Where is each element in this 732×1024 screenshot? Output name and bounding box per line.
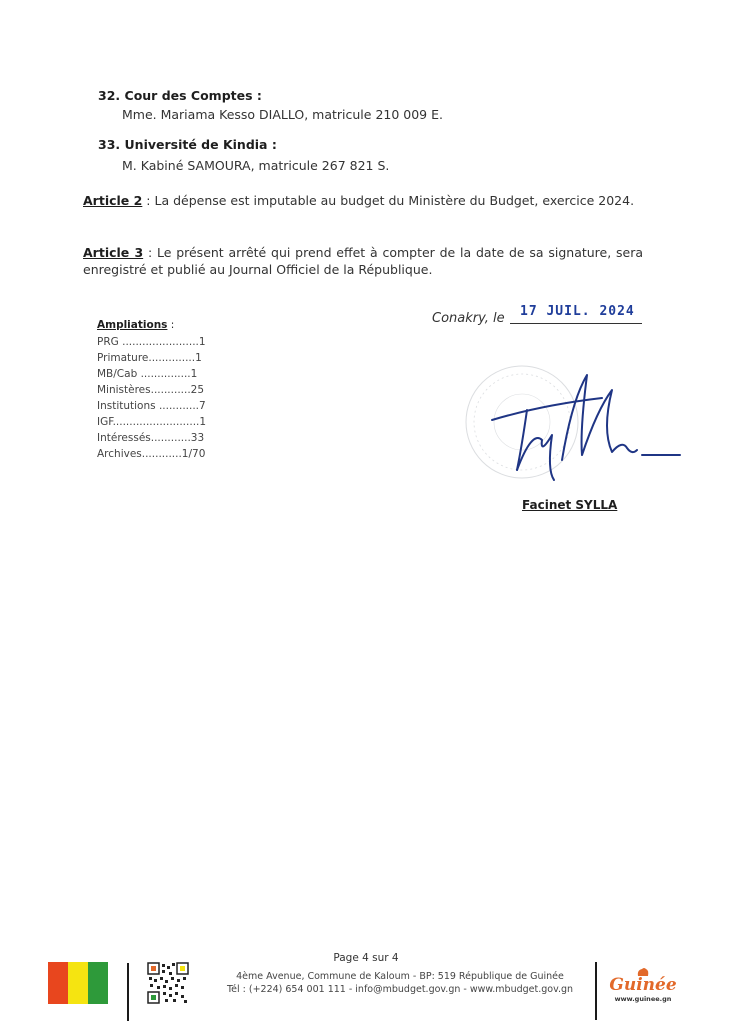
item-number: 33. bbox=[98, 137, 120, 152]
item-number: 32. bbox=[98, 88, 120, 103]
signature-icon bbox=[492, 375, 680, 480]
ampliation-entry: Primature..............1 bbox=[97, 350, 206, 366]
date-line: 17 JUIL. 2024 bbox=[510, 306, 642, 324]
date-stamp: 17 JUIL. 2024 bbox=[520, 304, 635, 319]
ampliations-label: Ampliations bbox=[97, 319, 167, 331]
article-label: Article 3 bbox=[83, 245, 143, 260]
item-heading: Cour des Comptes : bbox=[125, 88, 262, 103]
ampliations-title: Ampliations : bbox=[97, 313, 174, 332]
signature-seal-graphic bbox=[462, 360, 692, 490]
guinee-brand-logo: Guinée www.guinee.gn bbox=[608, 975, 678, 1003]
ampliation-entry: PRG .......................1 bbox=[97, 334, 206, 350]
ampliation-entry: Institutions ............7 bbox=[97, 398, 206, 414]
item-33-detail: M. Kabiné SAMOURA, matricule 267 821 S. bbox=[122, 158, 389, 173]
footer-divider-right bbox=[595, 962, 597, 1020]
official-seal-icon bbox=[466, 366, 578, 478]
item-33-heading: 33. Université de Kindia : bbox=[98, 137, 277, 152]
footer-address-line1: 4ème Avenue, Commune de Kaloum - BP: 519… bbox=[200, 970, 600, 983]
footer-contact-line: Tél : (+224) 654 001 111 - info@mbudget.… bbox=[200, 983, 600, 996]
brand-url: www.guinee.gn bbox=[608, 995, 678, 1003]
ampliation-entry: MB/Cab ...............1 bbox=[97, 366, 206, 382]
place-label: Conakry, le bbox=[432, 311, 505, 326]
page-number: Page 4 sur 4 bbox=[0, 952, 732, 964]
article-text: : La dépense est imputable au budget du … bbox=[142, 193, 634, 208]
qr-code-icon bbox=[147, 962, 189, 1004]
item-32-detail: Mme. Mariama Kesso DIALLO, matricule 210… bbox=[122, 107, 443, 122]
signer-name: Facinet SYLLA bbox=[522, 498, 617, 512]
ampliations-colon: : bbox=[167, 319, 174, 331]
item-heading: Université de Kindia : bbox=[125, 137, 277, 152]
article-3: Article 3 : Le présent arrêté qui prend … bbox=[83, 244, 643, 278]
brand-text: Guinée bbox=[608, 975, 678, 995]
article-2: Article 2 : La dépense est imputable au … bbox=[83, 192, 643, 209]
ampliation-entry: Ministères............25 bbox=[97, 382, 206, 398]
ampliation-entry: Intéressés............33 bbox=[97, 430, 206, 446]
article-text: : Le présent arrêté qui prend effet à co… bbox=[83, 245, 643, 277]
guinea-flag-icon bbox=[48, 962, 108, 1004]
ampliation-entry: IGF..........................1 bbox=[97, 414, 206, 430]
ampliations-list: PRG .......................1 Primature..… bbox=[97, 334, 206, 462]
article-label: Article 2 bbox=[83, 193, 142, 208]
footer-divider-left bbox=[127, 963, 129, 1021]
footer-address: 4ème Avenue, Commune de Kaloum - BP: 519… bbox=[200, 970, 600, 996]
item-32-heading: 32. Cour des Comptes : bbox=[98, 88, 262, 103]
ampliation-entry: Archives............1/70 bbox=[97, 446, 206, 462]
brand-hat-icon bbox=[636, 967, 650, 977]
